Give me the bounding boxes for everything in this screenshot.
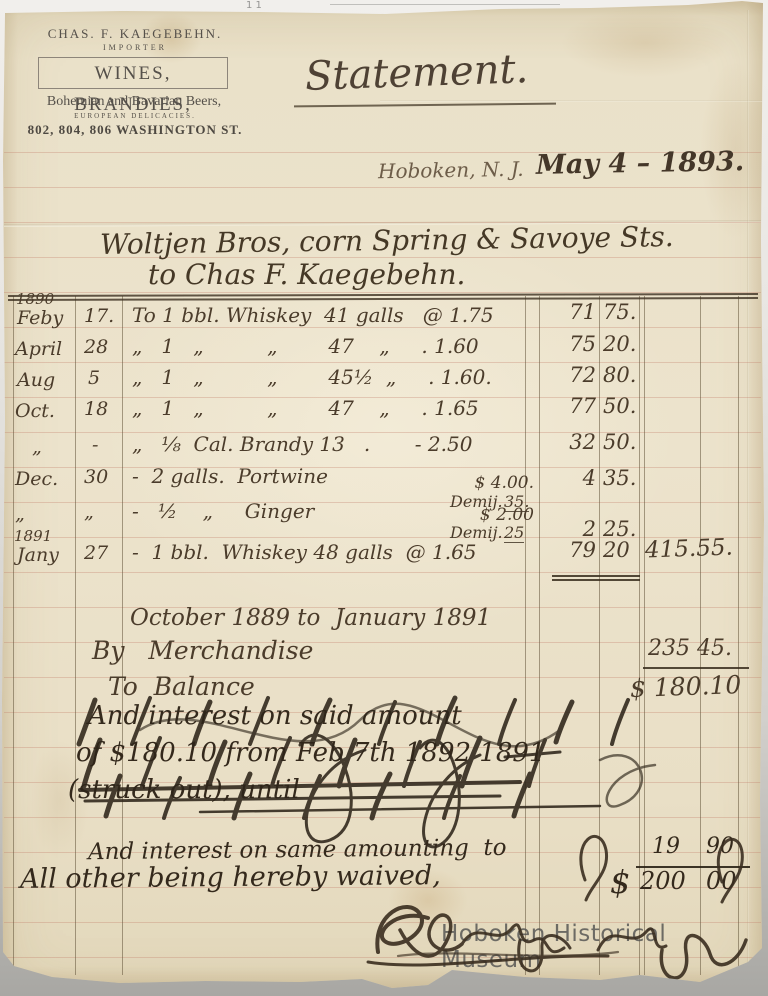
signature-flourish xyxy=(0,0,768,996)
pencil-mark: 1 1 xyxy=(246,0,262,11)
paper-sheet: CHAS. F. KAEGEBEHN. IMPORTER WINES, BRAN… xyxy=(0,0,768,996)
scanned-statement-document: { "letterhead": { "name": "CHAS. F. KAEG… xyxy=(0,0,768,996)
background-edge-line xyxy=(330,4,560,5)
